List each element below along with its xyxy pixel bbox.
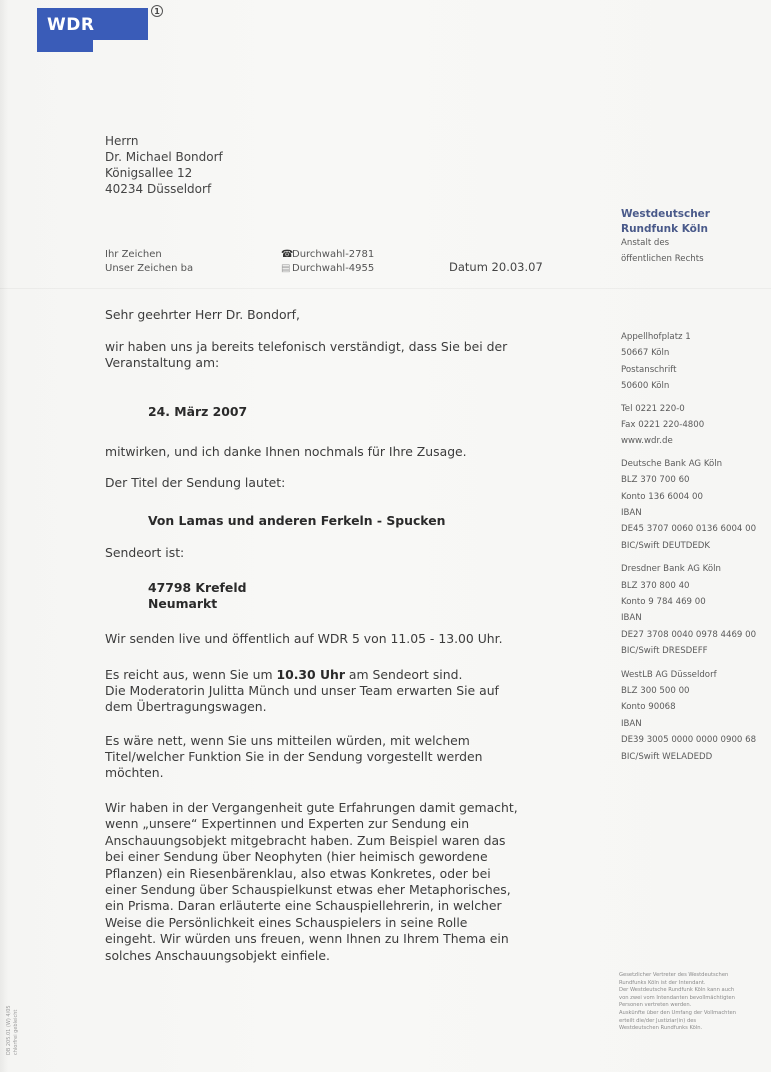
team-line-1: Die Moderatorin Julitta Münch und unser … — [105, 683, 499, 699]
sender-name-line-1: Westdeutscher — [621, 207, 710, 221]
bank-detail-line: Konto 9 784 469 00 — [621, 594, 706, 610]
recipient-city: 40234 Düsseldorf — [105, 181, 211, 197]
bank-detail-line: DE39 3005 0000 0000 0900 68 — [621, 732, 756, 748]
show-title: Von Lamas und anderen Ferkeln - Spucken — [148, 513, 445, 529]
legal-notice-line: erteilt die/der Justiziar(in) des — [619, 1018, 696, 1026]
experience-line: eingeht. Wir würden uns freuen, wenn Ihn… — [105, 931, 509, 947]
ihr-zeichen: Ihr Zeichen — [105, 248, 162, 262]
wdr-logo-tail — [37, 40, 93, 52]
legal-notice-line: Der Westdeutsche Rundfunk Köln kann auch — [619, 987, 734, 995]
recipient-street: Königsallee 12 — [105, 165, 192, 181]
arrival-info: Es reicht aus, wenn Sie um 10.30 Uhr am … — [105, 667, 462, 683]
event-date: 24. März 2007 — [148, 404, 247, 420]
experience-line: einer Sendung über Schauspielkunst etwas… — [105, 882, 511, 898]
fold-line — [0, 288, 771, 289]
sender-address-line: Postanschrift — [621, 362, 677, 378]
arrival-post: am Sendeort sind. — [345, 667, 462, 682]
bank-detail-line: BIC/Swift DRESDEFF — [621, 643, 708, 659]
bank-detail-line: IBAN — [621, 610, 642, 626]
request-line-3: möchten. — [105, 765, 164, 781]
experience-line: Weise die Persönlichkeit eines Schauspie… — [105, 915, 467, 931]
phone-extension-text: Durchwahl-2781 — [292, 249, 374, 260]
experience-line: ein Prisma. Daran erläuterte eine Schaus… — [105, 898, 502, 914]
sender-contact-line: Tel 0221 220-0 — [621, 401, 685, 417]
bank-detail-line: IBAN — [621, 716, 642, 732]
broadcast-info: Wir senden live und öffentlich auf WDR 5… — [105, 631, 503, 647]
bank-detail-line: DE27 3708 0040 0978 4469 00 — [621, 627, 756, 643]
phone-extension: ☎Durchwahl-2781 — [281, 248, 374, 262]
ard-logo-icon: 1 — [151, 5, 163, 17]
location-line-1: 47798 Krefeld — [148, 580, 246, 596]
sender-type-line-2: öffentlichen Rechts — [621, 252, 704, 266]
legal-notice-line: Personen vertreten werden. — [619, 1002, 691, 1010]
legal-notice-line: Gesetzlicher Vertreter des Westdeutschen — [619, 972, 728, 980]
sender-contact-line: Fax 0221 220-4800 — [621, 417, 704, 433]
greeting: Sehr geehrter Herr Dr. Bondorf, — [105, 307, 300, 323]
experience-line: solches Anschauungsobjekt einfiele. — [105, 948, 330, 964]
request-line-1: Es wäre nett, wenn Sie uns mitteilen wür… — [105, 733, 470, 749]
wdr-logo-text: WDR — [47, 15, 94, 35]
experience-line: Anschauungsobjekt mitgebracht haben. Zum… — [105, 833, 506, 849]
recipient-salutation: Herrn — [105, 133, 138, 149]
fax-icon: ▤ — [281, 262, 292, 276]
bank-detail-line: IBAN — [621, 505, 642, 521]
bank-detail-line: BLZ 300 500 00 — [621, 683, 690, 699]
legal-notice-line: Westdeutschen Rundfunks Köln. — [619, 1025, 702, 1033]
location-intro: Sendeort ist: — [105, 545, 184, 561]
arrival-pre: Es reicht aus, wenn Sie um — [105, 667, 276, 682]
paragraph-1-line-2: Veranstaltung am: — [105, 355, 219, 371]
letter-page: WDR 1 Herrn Dr. Michael Bondorf Königsal… — [0, 0, 771, 1072]
request-line-2: Titel/welcher Funktion Sie in der Sendun… — [105, 749, 482, 765]
bank-detail-line: Deutsche Bank AG Köln — [621, 456, 722, 472]
unser-zeichen: Unser Zeichen ba — [105, 262, 193, 276]
bank-detail-line: DE45 3707 0060 0136 6004 00 — [621, 521, 756, 537]
fax-extension-text: Durchwahl-4955 — [292, 263, 374, 274]
legal-notice-line: Auskünfte über den Umfang der Vollmachte… — [619, 1010, 736, 1018]
form-code: DB 205.01 (W) 4/05 chlorfrei gebleicht — [6, 1005, 20, 1055]
form-code-line-2: chlorfrei gebleicht — [13, 1005, 20, 1055]
experience-line: wenn „unsere“ Expertinnen und Experten z… — [105, 816, 469, 832]
sender-type-line-1: Anstalt des — [621, 236, 669, 250]
recipient-name: Dr. Michael Bondorf — [105, 149, 223, 165]
bank-detail-line: Dresdner Bank AG Köln — [621, 561, 721, 577]
form-code-line-1: DB 205.01 (W) 4/05 — [6, 1005, 13, 1055]
phone-icon: ☎ — [281, 248, 292, 262]
sender-address-line: Appellhofplatz 1 — [621, 329, 691, 345]
title-intro: Der Titel der Sendung lautet: — [105, 475, 285, 491]
sender-address-line: 50600 Köln — [621, 378, 669, 394]
legal-notice-line: Rundfunks Köln ist der Intendant. — [619, 980, 706, 988]
fax-extension: ▤Durchwahl-4955 — [281, 262, 374, 276]
bank-detail-line: BIC/Swift WELADEDD — [621, 749, 712, 765]
paragraph-1-line-1: wir haben uns ja bereits telefonisch ver… — [105, 339, 507, 355]
sender-name-line-2: Rundfunk Köln — [621, 222, 708, 236]
sender-contact-line: www.wdr.de — [621, 433, 673, 449]
arrival-time: 10.30 Uhr — [276, 667, 345, 682]
paragraph-2: mitwirken, und ich danke Ihnen nochmals … — [105, 444, 467, 460]
letter-date: Datum 20.03.07 — [449, 260, 543, 274]
bank-detail-line: Konto 136 6004 00 — [621, 489, 703, 505]
sender-address-line: 50667 Köln — [621, 345, 669, 361]
experience-line: Wir haben in der Vergangenheit gute Erfa… — [105, 800, 518, 816]
experience-line: Pflanzen) ein Riesenbärenklau, also etwa… — [105, 866, 491, 882]
team-line-2: dem Übertragungswagen. — [105, 699, 267, 715]
legal-notice-line: von zwei vom Intendanten bevollmächtigte… — [619, 995, 735, 1003]
bank-detail-line: BLZ 370 700 60 — [621, 472, 690, 488]
location-line-2: Neumarkt — [148, 596, 217, 612]
bank-detail-line: WestLB AG Düsseldorf — [621, 667, 717, 683]
bank-detail-line: BIC/Swift DEUTDEDK — [621, 538, 710, 554]
bank-detail-line: Konto 90068 — [621, 699, 676, 715]
experience-line: bei einer Sendung über Neophyten (hier h… — [105, 849, 488, 865]
bank-detail-line: BLZ 370 800 40 — [621, 578, 690, 594]
